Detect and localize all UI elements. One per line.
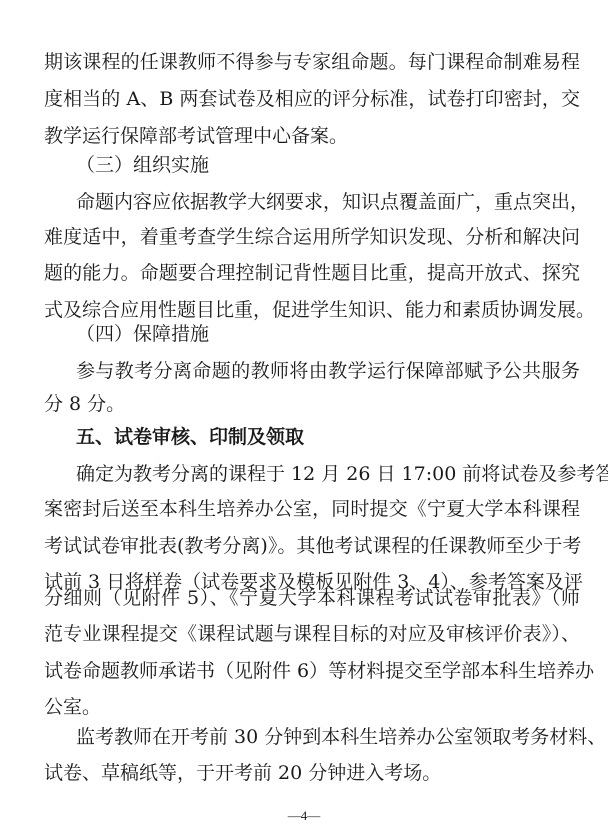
section-subheading: （三）组织实施 — [76, 150, 376, 180]
paragraph-line: 分 8 分。 — [44, 389, 580, 419]
section-heading: 五、试卷审核、印制及领取 — [76, 422, 476, 452]
paragraph-line: 教学运行保障部考试管理中心备案。 — [44, 121, 580, 151]
paragraph-line: 范专业课程提交《课程试题与课程目标的对应及审核评价表》）、 — [44, 619, 580, 649]
paragraph-line: 参与教考分离命题的教师将由教学运行保障部赋予公共服务 — [76, 356, 580, 386]
paragraph-line: 案密封后送至本科生培养办公室，同时提交《宁夏大学本科课程 — [44, 494, 580, 524]
paragraph-line: 监考教师在开考前 30 分钟到本科生培养办公室领取考务材料、 — [76, 722, 580, 752]
section-subheading: （四）保障措施 — [76, 319, 376, 349]
paragraph-line: 难度适中，着重考查学生综合运用所学知识发现、分析和解决问 — [44, 222, 580, 252]
paragraph-line: 公室。 — [44, 692, 580, 722]
paragraph-line: 考试试卷审批表(教考分离)》。其他考试课程的任课教师至少于考 — [44, 531, 580, 561]
paragraph-line: 分细则（见附件 5）、《宁夏大学本科课程考试试卷审批表》（师 — [44, 583, 580, 613]
paragraph-line: 题的能力。命题要合理控制记背性题目比重，提高开放式、探究 — [44, 258, 580, 288]
paragraph-line: 确定为教考分离的课程于 12 月 26 日 17:00 前将试卷及参考答 — [76, 459, 580, 489]
paragraph-line: 度相当的 A、B 两套试卷及相应的评分标准，试卷打印密封，交 — [44, 84, 580, 114]
paragraph-line: 试卷命题教师承诺书（见附件 6）等材料提交至学部本科生培养办 — [44, 656, 580, 686]
paragraph-line: 试卷、草稿纸等，于开考前 20 分钟进入考场。 — [44, 758, 580, 788]
paragraph-line: 期该课程的任课教师不得参与专家组命题。每门课程命制难易程 — [44, 47, 580, 77]
paragraph-line: 命题内容应依据教学大纲要求，知识点覆盖面广，重点突出， — [76, 187, 580, 217]
page-number: —4— — [0, 808, 608, 824]
document-page: 期该课程的任课教师不得参与专家组命题。每门课程命制难易程 度相当的 A、B 两套… — [0, 0, 608, 834]
